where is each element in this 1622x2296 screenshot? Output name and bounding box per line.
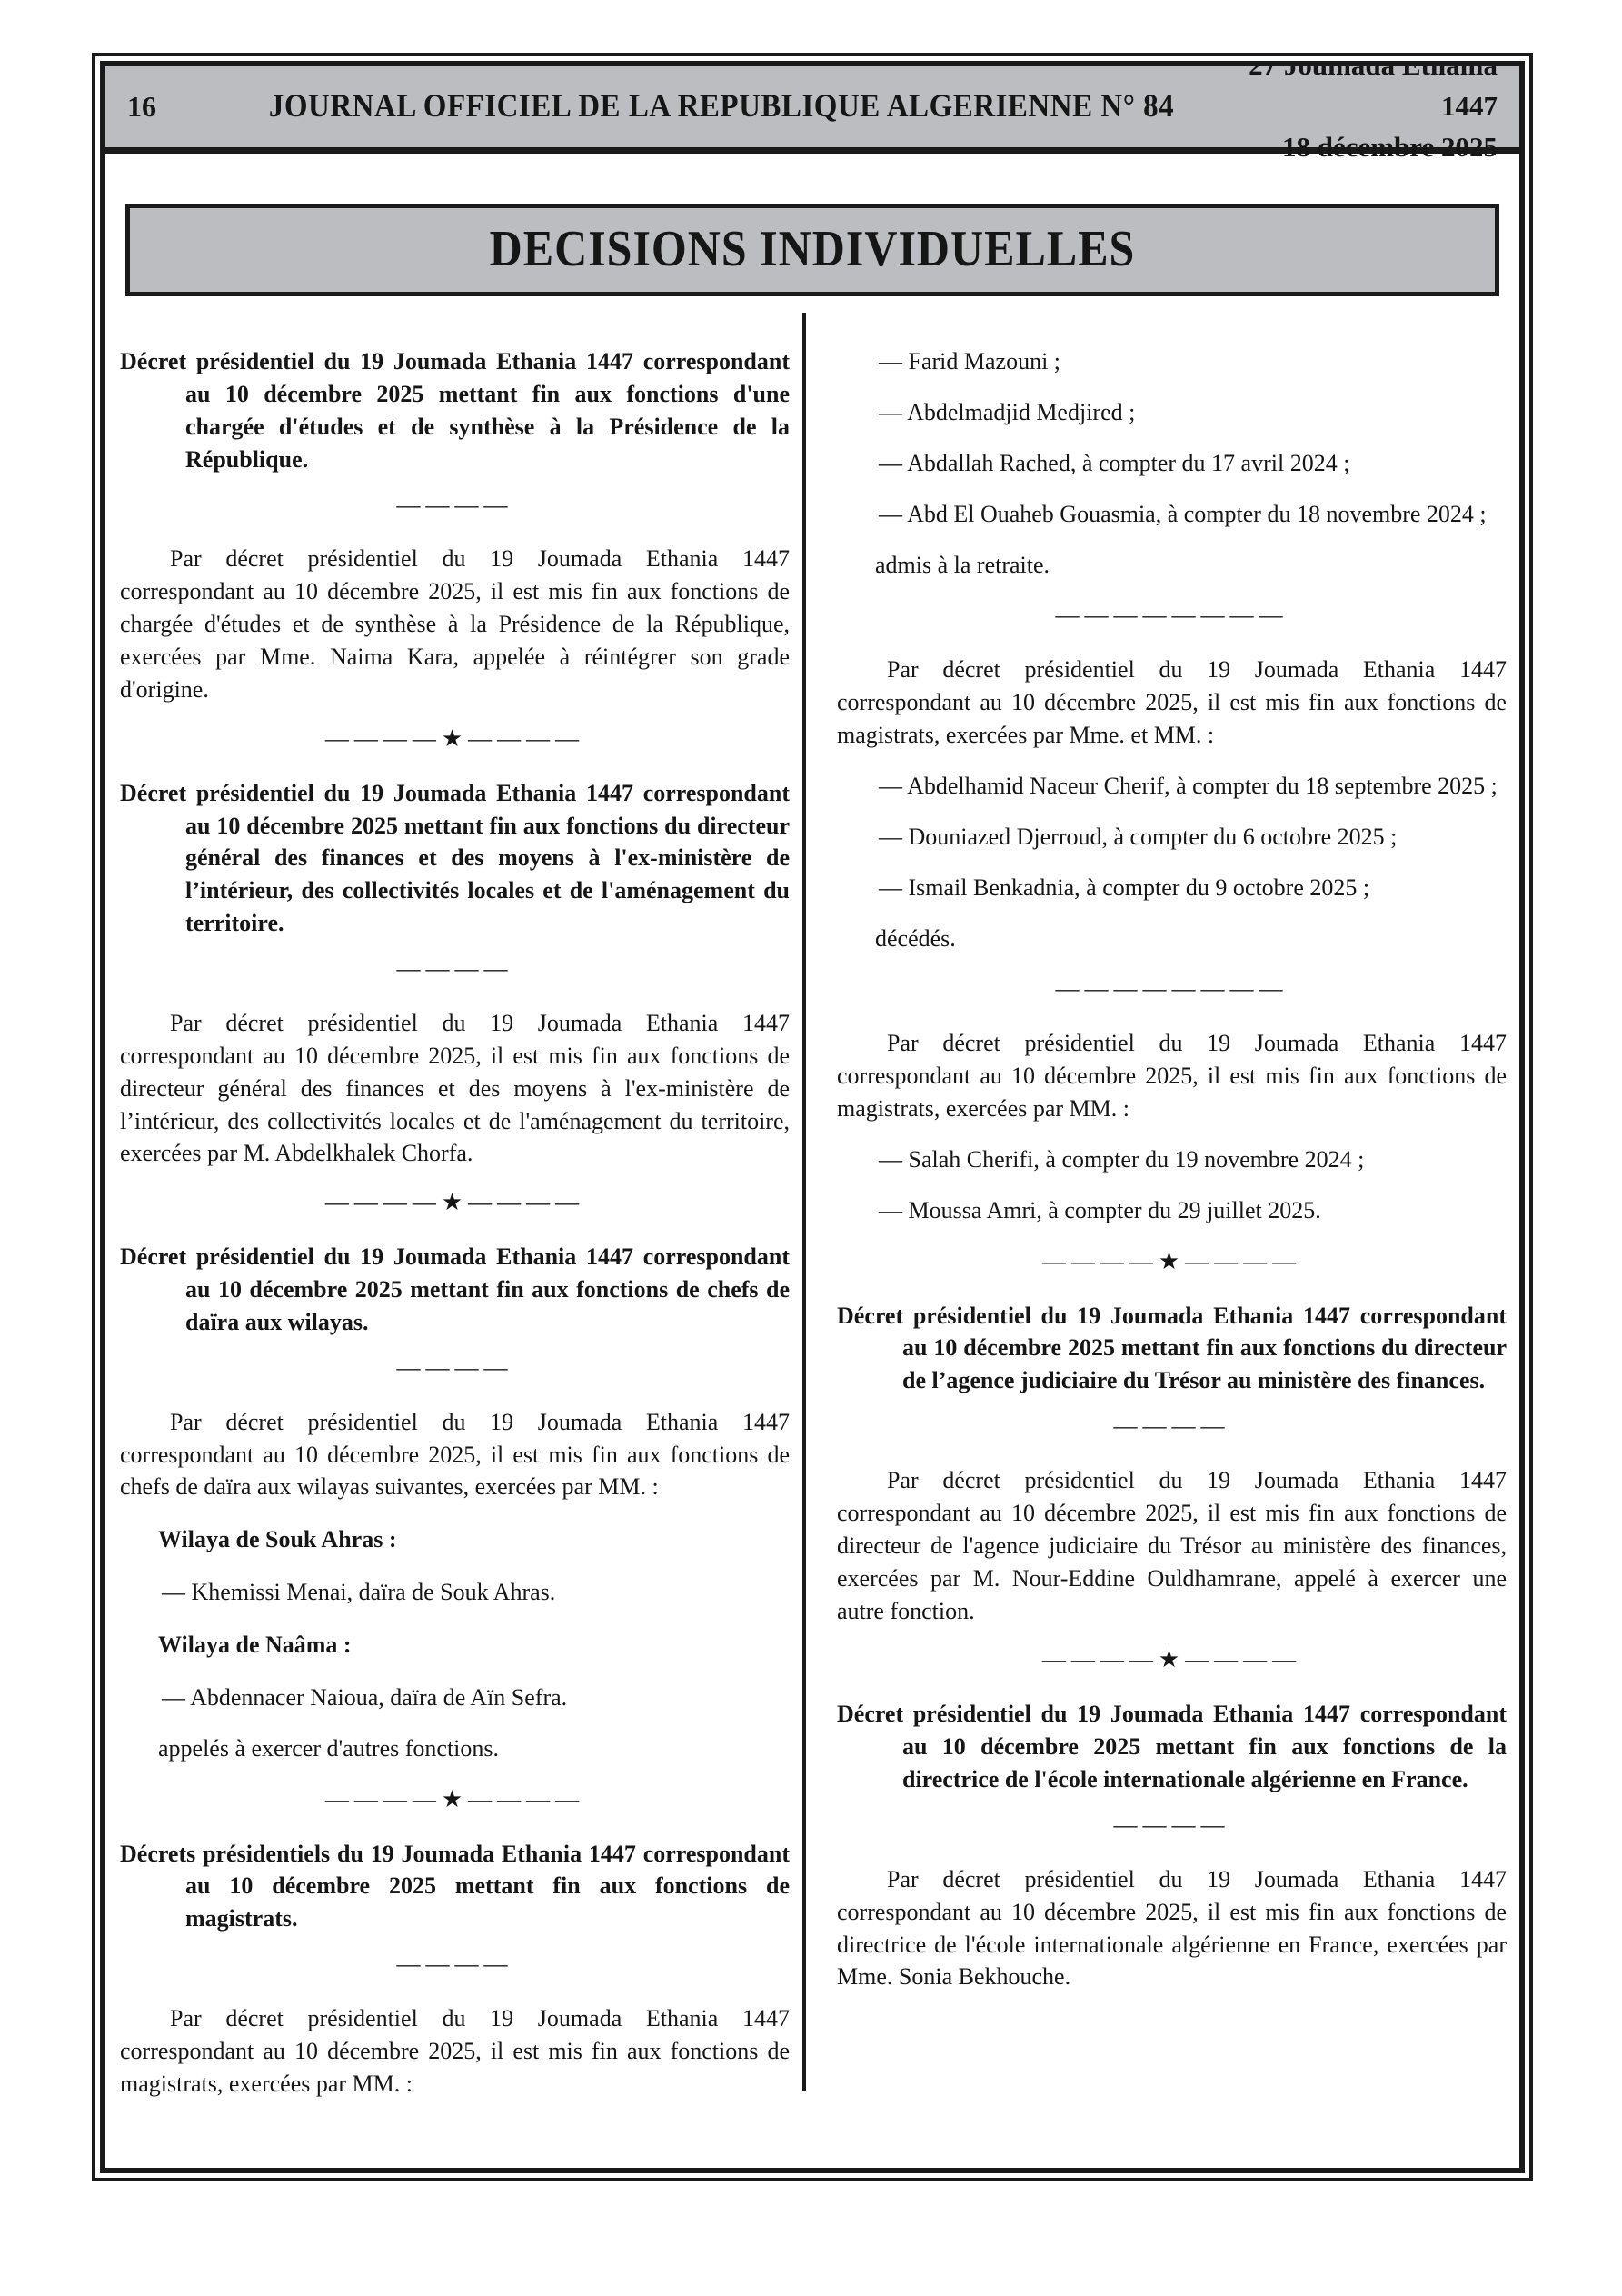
separator-star: ————★———— — [837, 1245, 1507, 1278]
date-hijri: 27 Joumada Ethania 1447 — [1198, 61, 1498, 127]
decree-heading: Décret présidentiel du 19 Joumada Ethani… — [837, 1300, 1507, 1398]
separator-star: ————★———— — [837, 1643, 1507, 1676]
decree-paragraph: Par décret présidentiel du 19 Joumada Et… — [837, 1464, 1507, 1627]
decree-heading: Décret présidentiel du 19 Joumada Ethani… — [120, 777, 790, 940]
decree-paragraph: Par décret présidentiel du 19 Joumada Et… — [120, 543, 790, 705]
wilaya-subheading: Wilaya de Souk Ahras : — [120, 1523, 790, 1556]
decree-heading: Décret présidentiel du 19 Joumada Ethani… — [120, 345, 790, 476]
list-item: — Abdelmadjid Medjired ; — [837, 396, 1507, 429]
decree-heading: Décret présidentiel du 19 Joumada Ethani… — [120, 1241, 790, 1339]
separator-dashes: ———— — [120, 489, 790, 522]
decree-paragraph: Par décret présidentiel du 19 Joumada Et… — [837, 654, 1507, 752]
decisions-banner: DECISIONS INDIVIDUELLES — [125, 204, 1499, 296]
journal-header: 16 JOURNAL OFFICIEL DE LA REPUBLIQUE ALG… — [105, 66, 1519, 154]
list-item: — Moussa Amri, à compter du 29 juillet 2… — [837, 1194, 1507, 1227]
separator-dashes: ———— — [837, 1410, 1507, 1442]
separator-star: ————★———— — [120, 1186, 790, 1219]
decree-heading: Décrets présidentiels du 19 Joumada Etha… — [120, 1838, 790, 1936]
separator-long: ———————— — [837, 973, 1507, 1005]
list-item: — Abdennacer Naioua, daïra de Aïn Sefra. — [120, 1682, 790, 1714]
page-number: 16 — [127, 90, 245, 124]
decree-paragraph: Par décret présidentiel du 19 Joumada Et… — [120, 1406, 790, 1504]
separator-dashes: ———— — [837, 1809, 1507, 1842]
decree-paragraph: Par décret présidentiel du 19 Joumada Et… — [120, 1007, 790, 1170]
banner-title: DECISIONS INDIVIDUELLES — [490, 219, 1136, 278]
page-frame: 16 JOURNAL OFFICIEL DE LA REPUBLIQUE ALG… — [92, 53, 1533, 2181]
decree-paragraph: Par décret présidentiel du 19 Joumada Et… — [837, 1863, 1507, 1994]
wilaya-subheading: Wilaya de Naâma : — [120, 1629, 790, 1662]
column-left: Décret présidentiel du 19 Joumada Ethani… — [105, 313, 802, 2117]
list-item: — Ismail Benkadnia, à compter du 9 octob… — [837, 872, 1507, 904]
separator-dashes: ———— — [120, 1352, 790, 1384]
separator-star: ————★———— — [120, 1783, 790, 1816]
decree-heading: Décret présidentiel du 19 Joumada Ethani… — [837, 1698, 1507, 1796]
closing-line: admis à la retraite. — [837, 549, 1507, 582]
decree-paragraph: Par décret présidentiel du 19 Joumada Et… — [120, 2002, 790, 2101]
closing-line: appelés à exercer d'autres fonctions. — [120, 1732, 790, 1765]
issue-dates: 27 Joumada Ethania 1447 18 décembre 2025 — [1198, 61, 1498, 168]
separator-dashes: ———— — [120, 1948, 790, 1981]
list-item: — Abdallah Rached, à compter du 17 avril… — [837, 447, 1507, 480]
list-item: — Khemissi Menai, daïra de Souk Ahras. — [120, 1576, 790, 1609]
content-columns: Décret présidentiel du 19 Joumada Ethani… — [105, 313, 1519, 2117]
list-item: — Farid Mazouni ; — [837, 345, 1507, 378]
separator-star: ————★———— — [120, 723, 790, 755]
list-item: — Abdelhamid Naceur Cherif, à compter du… — [837, 770, 1507, 803]
list-item: — Douniazed Djerroud, à compter du 6 oct… — [837, 821, 1507, 854]
separator-long: ———————— — [837, 599, 1507, 632]
list-item: — Salah Cherifi, à compter du 19 novembr… — [837, 1143, 1507, 1176]
list-item: — Abd El Ouaheb Gouasmia, à compter du 1… — [837, 498, 1507, 531]
page-inner-frame: 16 JOURNAL OFFICIEL DE LA REPUBLIQUE ALG… — [100, 61, 1525, 2173]
date-gregorian: 18 décembre 2025 — [1198, 127, 1498, 168]
closing-line: décédés. — [837, 923, 1507, 955]
separator-dashes: ———— — [120, 953, 790, 985]
column-right: — Farid Mazouni ;— Abdelmadjid Medjired … — [806, 313, 1519, 2117]
decree-paragraph: Par décret présidentiel du 19 Joumada Et… — [837, 1027, 1507, 1125]
journal-title: JOURNAL OFFICIEL DE LA REPUBLIQUE ALGERI… — [245, 89, 1198, 125]
